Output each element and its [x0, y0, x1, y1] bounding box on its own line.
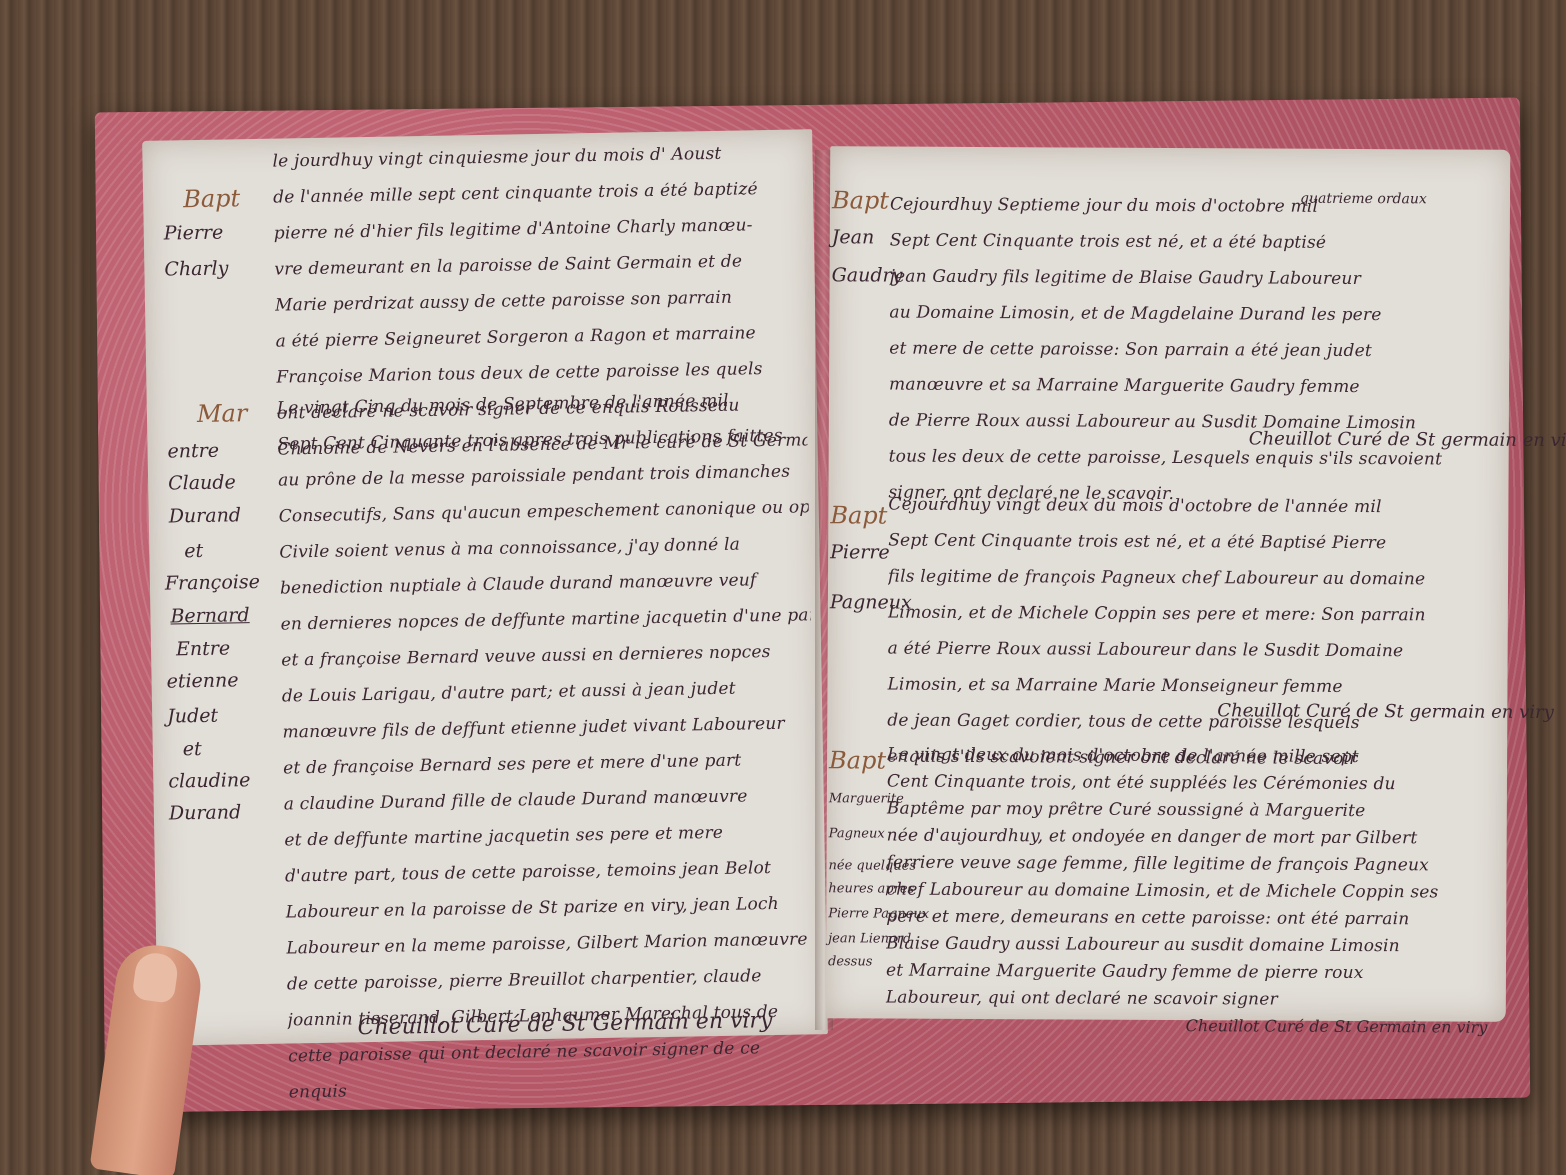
baptism-entry: Cejourdhuy Septieme jour du mois d'octob… [888, 197, 1490, 524]
margin-bapt-mark: Bapt [183, 184, 240, 213]
text-line: chef Laboureur au domaine Limosin, et de… [886, 882, 1486, 912]
text-line: et mere de cette paroisse: Son parrain a… [889, 341, 1489, 380]
margin-name: Durand [169, 801, 242, 824]
margin-name: Charly [164, 257, 228, 280]
text-line: Le vingt deux du mois d'octobre de l'ann… [887, 747, 1487, 777]
text-line: Blaise Gaudry aussi Laboureur au susdit … [886, 936, 1486, 966]
text-line: tous les deux de cette paroisse, Lesquel… [889, 449, 1489, 488]
margin-name: Françoise [165, 571, 260, 595]
margin-name: et [184, 540, 203, 562]
priest-signature: Cheuillot Curé de St germain en viry [1249, 428, 1566, 451]
margin-note: dessus [828, 954, 872, 969]
margin-name: Jean [832, 226, 875, 248]
text-line: Sept Cent Cinquante trois est né, et a é… [890, 233, 1490, 272]
left-page: Bapt Pierre Charly Mar entre Claude Dura… [142, 129, 828, 1046]
left-margin: Bapt Pierre Charly Mar entre Claude Dura… [152, 139, 258, 1045]
priest-signature: Cheuillot Curé de St Germain en viry [1186, 1016, 1488, 1037]
margin-name: Bernard [170, 604, 249, 627]
margin-name: Claude [168, 471, 236, 494]
text-line: manœuvre et sa Marraine Marguerite Gaudr… [889, 377, 1489, 416]
margin-name: Pagneux [829, 826, 885, 841]
text-line: Limosin, et de Michele Coppin ses pere e… [888, 605, 1488, 644]
margin-name: Entre [176, 637, 230, 660]
text-line: pere et mere, demeurans en cette paroiss… [886, 909, 1486, 939]
baptism-entry: Le vingt deux du mois d'octobre de l'ann… [886, 747, 1487, 1020]
margin-name: Durand [169, 504, 242, 527]
margin-bapt-mark: Bapt [830, 501, 887, 529]
margin-name: Pierre [164, 222, 224, 245]
margin-bapt-mark: Bapt [832, 186, 889, 214]
text-line: fils legitime de françois Pagneux chef L… [888, 569, 1488, 608]
margin-marriage-mark: Mar [197, 399, 248, 428]
text-line: Sept Cent Cinquante trois est né, et a é… [888, 533, 1488, 572]
margin-bapt-mark: Bapt [829, 746, 886, 774]
text-line: au Domaine Limosin, et de Magdelaine Dur… [889, 305, 1489, 344]
text-line: Cejourdhuy vingt deux du mois d'octobre … [888, 497, 1488, 536]
margin-name: entre [167, 440, 219, 463]
priest-signature: Cheuillot Curé de St germain en viry [1217, 700, 1554, 723]
margin-name: Pierre [830, 541, 890, 563]
right-page: quatrieme ordaux Bapt Jean Gaudry Bapt P… [826, 146, 1511, 1022]
text-line: ferriere veuve sage femme, fille legitim… [886, 855, 1486, 885]
text-line: Cejourdhuy Septieme jour du mois d'octob… [890, 197, 1490, 236]
text-line: a été Pierre Roux aussi Laboureur dans l… [888, 641, 1488, 680]
text-line: Baptême par moy prêtre Curé soussigné à … [887, 801, 1487, 831]
text-line: Cent Cinquante trois, ont été suppléés l… [887, 774, 1487, 804]
text-line: et Marraine Marguerite Gaudry femme de p… [886, 963, 1486, 993]
text-line: née d'aujourdhuy, et ondoyée en danger d… [887, 828, 1487, 858]
text-line: jean Gaudry fils legitime de Blaise Gaud… [889, 269, 1489, 308]
margin-name: et [183, 738, 202, 760]
margin-name: claudine [168, 769, 250, 792]
margin-name: etienne [166, 669, 238, 692]
margin-name: Judet [167, 705, 218, 728]
baptism-entry: Cejourdhuy vingt deux du mois d'octobre … [887, 497, 1488, 788]
